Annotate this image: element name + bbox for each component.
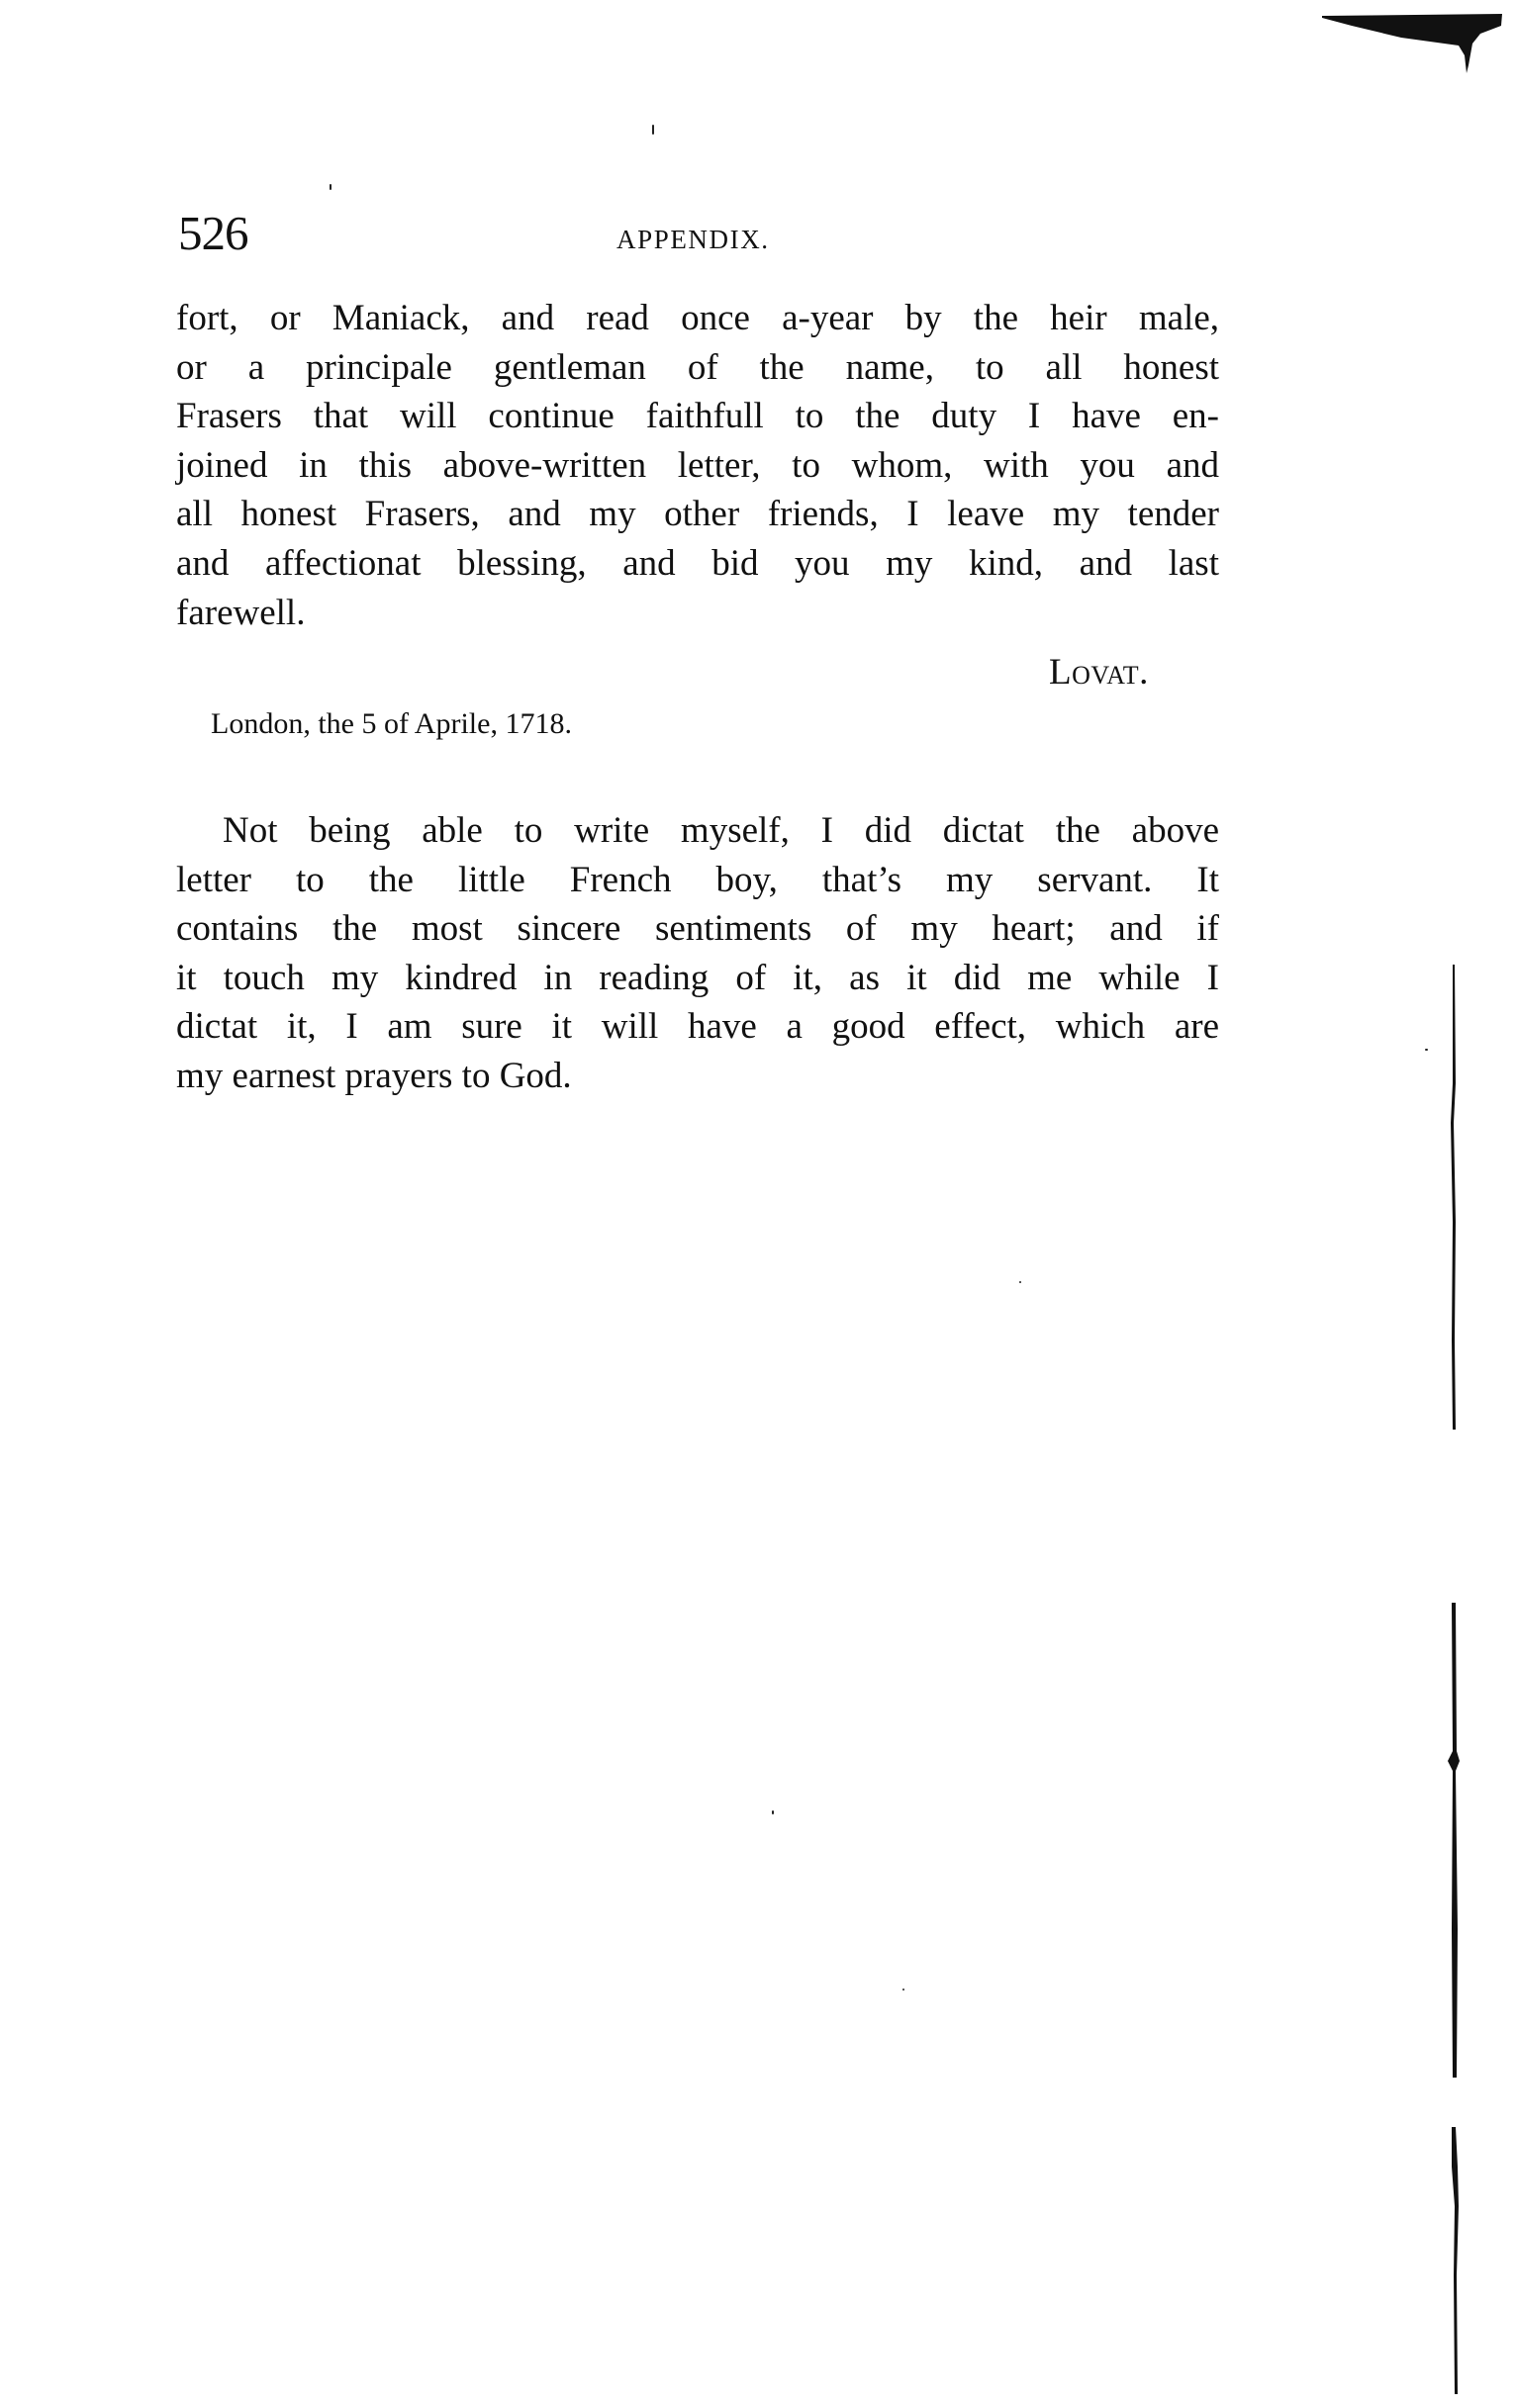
postscript-paragraph: Not being able to write myself, I did di… [176,806,1219,1101]
text-line: my earnest prayers to God. [176,1052,1219,1101]
text-line: joined in this above-written letter, to … [176,441,1219,491]
speck [902,1989,904,1991]
text-line: or a principale gentleman of the name, t… [176,343,1219,393]
speck [1019,1281,1021,1283]
text-line: all honest Frasers, and my other friends… [176,490,1219,539]
speck [330,184,332,190]
scan-edge-mark [1447,965,1461,1430]
speck [652,125,654,135]
signature: Lovat. [1049,648,1149,697]
scan-edge-mark [1447,2127,1461,2394]
running-title: APPENDIX. [616,222,770,257]
speck [1425,1049,1428,1051]
text-line: letter to the little French boy, that’s … [176,856,1219,905]
text-line: it touch my kindred in reading of it, as… [176,954,1219,1003]
text-line: and affectionat blessing, and bid you my… [176,539,1219,589]
scan-edge-mark [1447,1603,1461,2078]
scan-smudge-top-right [1322,14,1502,73]
page-number: 526 [178,204,248,263]
text-line: Frasers that will continue faithfull to … [176,392,1219,441]
dateline: London, the 5 of Aprile, 1718. [211,704,572,744]
speck [772,1810,774,1814]
text-line: fort, or Maniack, and read once a-year b… [176,294,1219,343]
text-line: farewell. [176,589,1219,638]
text-line: contains the most sincere sentiments of … [176,904,1219,954]
letter-paragraph: fort, or Maniack, and read once a-year b… [176,294,1219,637]
text-line: dictat it, I am sure it will have a good… [176,1002,1219,1052]
text-line: Not being able to write myself, I did di… [176,806,1219,856]
